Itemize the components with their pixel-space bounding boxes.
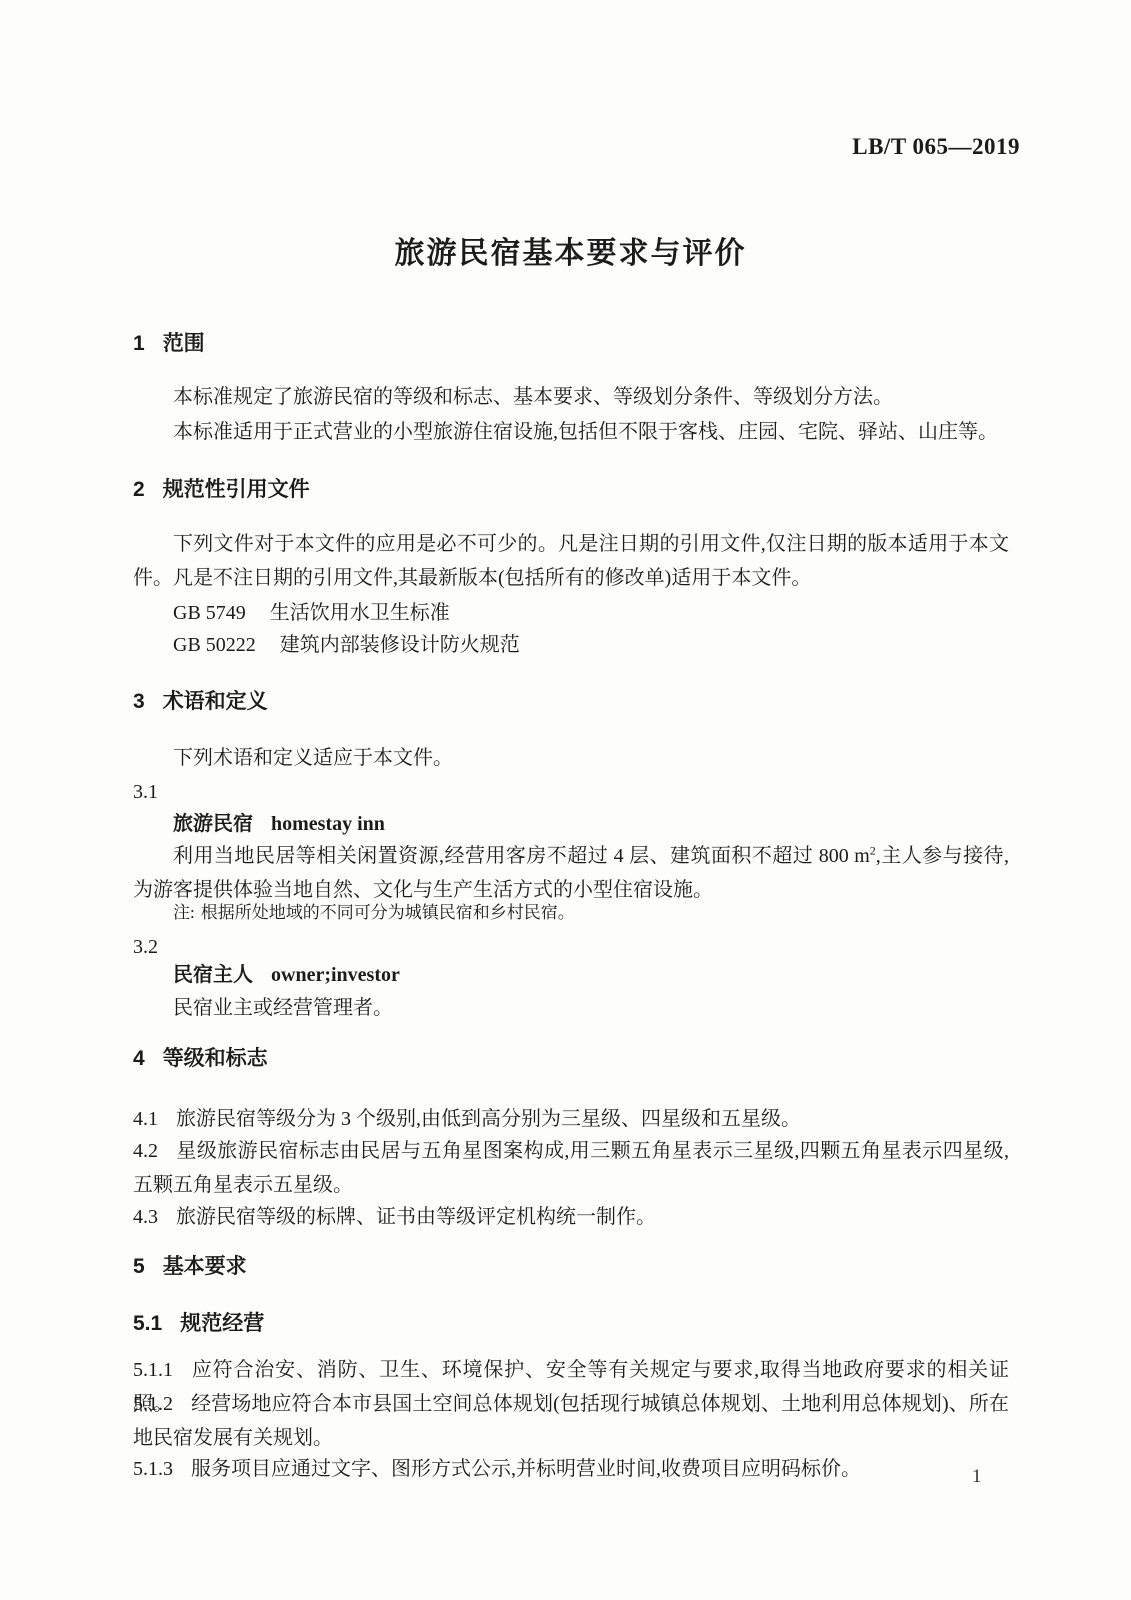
clause-4-3-text: 旅游民宿等级的标牌、证书由等级评定机构统一制作。 <box>176 1206 656 1228</box>
normative-reference-1: GB 5749生活饮用水卫生标准 <box>133 596 1009 630</box>
clause-4-1-number: 4.1 <box>133 1108 158 1130</box>
reference-2-title: 建筑内部装修设计防火规范 <box>280 634 520 656</box>
section-2-heading: 2规范性引用文件 <box>133 476 1009 504</box>
note-label: 注: <box>173 903 195 922</box>
section-2-number: 2 <box>133 478 145 501</box>
section-3-title: 术语和定义 <box>163 690 268 713</box>
term-3-1-number: 3.1 <box>133 775 1009 809</box>
term-3-2-number: 3.2 <box>133 930 1009 964</box>
section-4-heading: 4等级和标志 <box>133 1045 1009 1073</box>
clause-5-1-2-text: 经营场地应符合本市县国土空间总体规划(包括现行城镇总体规划、土地利用总体规划)、… <box>133 1393 1009 1449</box>
clause-5-1-2-number: 5.1.2 <box>133 1393 173 1415</box>
document-title: 旅游民宿基本要求与评价 <box>10 228 1131 272</box>
clause-4-2-text: 星级旅游民宿标志由民居与五角星图案构成,用三颗五角星表示三星级,四颗五角星表示四… <box>133 1140 1009 1196</box>
clause-4-3-number: 4.3 <box>133 1206 158 1228</box>
subsection-5-1-number: 5.1 <box>133 1312 162 1335</box>
standard-code: LB/T 065—2019 <box>852 134 1020 160</box>
page-number: 1 <box>972 1466 982 1488</box>
note-text: 根据所处地域的不同可分为城镇民宿和乡村民宿。 <box>201 903 575 922</box>
section-3-heading: 3术语和定义 <box>133 688 1009 716</box>
section-3-intro: 下列术语和定义适应于本文件。 <box>133 741 1009 775</box>
term-3-1-english: homestay inn <box>271 813 385 835</box>
section-1-number: 1 <box>133 332 145 355</box>
document-page: LB/T 065—2019 旅游民宿基本要求与评价 1范围 本标准规定了旅游民宿… <box>0 0 1131 1600</box>
section-5-title: 基本要求 <box>163 1255 247 1278</box>
section-2-title: 规范性引用文件 <box>163 478 310 501</box>
clause-4-1: 4.1旅游民宿等级分为 3 个级别,由低到高分别为三星级、四星级和五星级。 <box>133 1102 1009 1136</box>
reference-2-code: GB 50222 <box>173 634 256 656</box>
clause-4-2: 4.2星级旅游民宿标志由民居与五角星图案构成,用三颗五角星表示三星级,四颗五角星… <box>133 1134 1009 1202</box>
section-2-paragraph: 下列文件对于本文件的应用是必不可少的。凡是注日期的引用文件,仅注日期的版本适用于… <box>133 527 1009 595</box>
section-5-number: 5 <box>133 1255 145 1278</box>
subsection-5-1-title: 规范经营 <box>180 1312 264 1335</box>
reference-1-code: GB 5749 <box>173 602 246 624</box>
subsection-5-1-heading: 5.1规范经营 <box>133 1310 1009 1338</box>
reference-1-title: 生活饮用水卫生标准 <box>270 602 450 624</box>
clause-4-1-text: 旅游民宿等级分为 3 个级别,由低到高分别为三星级、四星级和五星级。 <box>176 1108 801 1130</box>
section-4-number: 4 <box>133 1047 145 1070</box>
definition-text-before-superscript: 利用当地民居等相关闲置资源,经营用客房不超过 4 层、建筑面积不超过 800 m <box>173 845 870 867</box>
clause-5-1-1-number: 5.1.1 <box>133 1359 173 1381</box>
section-5-heading: 5基本要求 <box>133 1253 1009 1281</box>
normative-reference-2: GB 50222建筑内部装修设计防火规范 <box>133 628 1009 662</box>
clause-5-1-3-number: 5.1.3 <box>133 1458 173 1480</box>
term-3-1: 旅游民宿homestay inn <box>133 809 1009 839</box>
clause-5-1-2: 5.1.2经营场地应符合本市县国土空间总体规划(包括现行城镇总体规划、土地利用总… <box>133 1387 1009 1455</box>
section-4-title: 等级和标志 <box>163 1047 268 1070</box>
section-1-paragraph-1: 本标准规定了旅游民宿的等级和标志、基本要求、等级划分条件、等级划分方法。 <box>133 380 1009 414</box>
clause-4-3: 4.3旅游民宿等级的标牌、证书由等级评定机构统一制作。 <box>133 1200 1009 1234</box>
section-1-heading: 1范围 <box>133 330 1009 358</box>
term-3-2-chinese: 民宿主人 <box>173 964 253 986</box>
clause-4-2-number: 4.2 <box>133 1140 158 1162</box>
clause-5-1-3-text: 服务项目应通过文字、图形方式公示,并标明营业时间,收费项目应明码标价。 <box>191 1458 861 1480</box>
section-1-paragraph-2: 本标准适用于正式营业的小型旅游住宿设施,包括但不限于客栈、庄园、宅院、驿站、山庄… <box>133 415 1009 449</box>
term-3-2-definition: 民宿业主或经营管理者。 <box>133 991 1009 1025</box>
term-3-2: 民宿主人owner;investor <box>133 960 1009 990</box>
clause-5-1-3: 5.1.3服务项目应通过文字、图形方式公示,并标明营业时间,收费项目应明码标价。 <box>133 1452 1009 1486</box>
term-3-1-chinese: 旅游民宿 <box>173 813 253 835</box>
section-3-number: 3 <box>133 690 145 713</box>
term-3-1-note: 注:根据所处地域的不同可分为城镇民宿和乡村民宿。 <box>133 899 1009 927</box>
section-1-title: 范围 <box>163 332 205 355</box>
term-3-1-definition: 利用当地民居等相关闲置资源,经营用客房不超过 4 层、建筑面积不超过 800 m… <box>133 839 1009 907</box>
term-3-2-english: owner;investor <box>271 964 400 986</box>
